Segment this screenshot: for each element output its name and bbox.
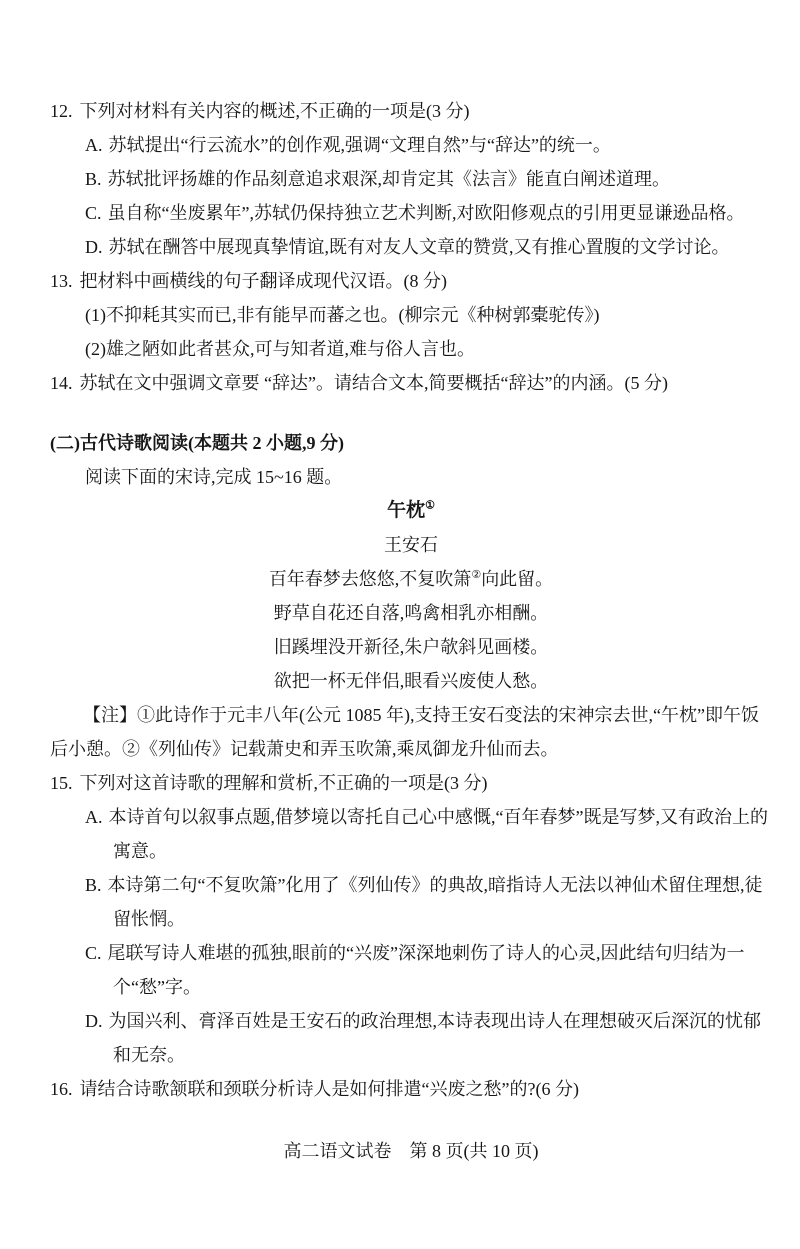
poem-author: 王安石 xyxy=(50,528,772,562)
question-12-option-a: A.苏轼提出“行云流水”的创作观,强调“文理自然”与“辞达”的统一。 xyxy=(85,128,772,162)
option-c-text: 虽自称“坐废累年”,苏轼仍保持独立艺术判断,对欧阳修观点的引用更显谦逊品格。 xyxy=(108,203,745,223)
option-b-label: B. xyxy=(85,875,102,895)
question-13-number: 13. xyxy=(50,271,73,291)
option-d-text: 苏轼在酬答中展现真挚情谊,既有对友人文章的赞赏,又有推心置腹的文学讨论。 xyxy=(109,237,730,257)
question-14-text: 苏轼在文中强调文章要 “辞达”。请结合文本,简要概括“辞达”的内涵。(5 分) xyxy=(80,373,668,393)
question-15-option-b: B.本诗第二句“不复吹箫”化用了《列仙传》的典故,暗指诗人无法以神仙术留住理想,… xyxy=(85,868,772,936)
question-13-stem: 13.把材料中画横线的句子翻译成现代汉语。(8 分) xyxy=(50,264,772,298)
footnote-marker-1: ① xyxy=(425,500,435,512)
option-b-text: 本诗第二句“不复吹箫”化用了《列仙传》的典故,暗指诗人无法以神仙术留住理想,徒留… xyxy=(108,875,763,929)
poem-footnotes: 【注】①此诗作于元丰八年(公元 1085 年),支持王安石变法的宋神宗去世,“午… xyxy=(50,698,772,766)
question-16-text: 请结合诗歌颔联和颈联分析诗人是如何排遣“兴废之愁”的?(6 分) xyxy=(80,1079,579,1099)
question-12-option-d: D.苏轼在酬答中展现真挚情谊,既有对友人文章的赞赏,又有推心置腹的文学讨论。 xyxy=(85,230,772,264)
question-13-text: 把材料中画横线的句子翻译成现代汉语。(8 分) xyxy=(80,271,448,291)
option-d-label: D. xyxy=(85,1011,103,1031)
section-2-heading: (二)古代诗歌阅读(本题共 2 小题,9 分) xyxy=(50,426,772,460)
question-12-number: 12. xyxy=(50,101,73,121)
question-16-stem: 16.请结合诗歌颔联和颈联分析诗人是如何排遣“兴废之愁”的?(6 分) xyxy=(50,1072,772,1106)
footnote-marker-2: ② xyxy=(471,569,481,581)
option-b-label: B. xyxy=(85,169,102,189)
poem-line-1: 百年春梦去悠悠,不复吹箫②向此留。 xyxy=(50,562,772,596)
poem-title-text: 午枕 xyxy=(387,500,425,521)
question-12-stem: 12.下列对材料有关内容的概述,不正确的一项是(3 分) xyxy=(50,94,772,128)
question-12-text: 下列对材料有关内容的概述,不正确的一项是(3 分) xyxy=(80,101,470,121)
poem-line-4: 欲把一杯无伴侣,眼看兴废使人愁。 xyxy=(50,664,772,698)
question-16-number: 16. xyxy=(50,1079,73,1099)
question-15-number: 15. xyxy=(50,773,73,793)
question-12-option-b: B.苏轼批评扬雄的作品刻意追求艰深,却肯定其《法言》能直白阐述道理。 xyxy=(85,162,772,196)
question-14-number: 14. xyxy=(50,373,73,393)
option-a-label: A. xyxy=(85,135,103,155)
question-15-option-d: D.为国兴利、膏泽百姓是王安石的政治理想,本诗表现出诗人在理想破灭后深沉的忧郁和… xyxy=(85,1004,772,1072)
question-15-option-c: C.尾联写诗人难堪的孤独,眼前的“兴废”深深地刺伤了诗人的心灵,因此结句归结为一… xyxy=(85,936,772,1004)
option-a-text: 本诗首句以叙事点题,借梦境以寄托自己心中感慨,“百年春梦”既是写梦,又有政治上的… xyxy=(109,807,768,861)
question-15-text: 下列对这首诗歌的理解和赏析,不正确的一项是(3 分) xyxy=(80,773,488,793)
option-c-text: 尾联写诗人难堪的孤独,眼前的“兴废”深深地刺伤了诗人的心灵,因此结句归结为一个“… xyxy=(108,943,745,997)
poem-line-2: 野草自花还自落,鸣禽相乳亦相酬。 xyxy=(50,596,772,630)
question-12-option-c: C.虽自称“坐废累年”,苏轼仍保持独立艺术判断,对欧阳修观点的引用更显谦逊品格。 xyxy=(85,196,772,230)
option-d-label: D. xyxy=(85,237,103,257)
poem-title: 午枕① xyxy=(50,494,772,528)
footer-exam-name: 高二语文试卷 xyxy=(284,1141,392,1161)
footer-page-info: 第 8 页(共 10 页) xyxy=(410,1141,539,1161)
option-c-label: C. xyxy=(85,203,102,223)
option-b-text: 苏轼批评扬雄的作品刻意追求艰深,却肯定其《法言》能直白阐述道理。 xyxy=(108,169,671,189)
poem-line-1-pre: 百年春梦去悠悠,不复吹箫 xyxy=(269,569,472,589)
question-15-stem: 15.下列对这首诗歌的理解和赏析,不正确的一项是(3 分) xyxy=(50,766,772,800)
exam-page: 12.下列对材料有关内容的概述,不正确的一项是(3 分) A.苏轼提出“行云流水… xyxy=(0,0,800,1249)
question-14-stem: 14.苏轼在文中强调文章要 “辞达”。请结合文本,简要概括“辞达”的内涵。(5 … xyxy=(50,366,772,400)
question-13-subitem-2: (2)雄之陋如此者甚众,可与知者道,难与俗人言也。 xyxy=(85,332,772,366)
poem-line-3: 旧蹊埋没开新径,朱户欹斜见画楼。 xyxy=(50,630,772,664)
poem-line-1-post: 向此留。 xyxy=(481,569,553,589)
option-a-label: A. xyxy=(85,807,103,827)
reading-instruction: 阅读下面的宋诗,完成 15~16 题。 xyxy=(85,460,772,494)
question-13-subitem-1: (1)不抑耗其实而已,非有能早而蕃之也。(柳宗元《种树郭橐驼传》) xyxy=(85,298,772,332)
option-a-text: 苏轼提出“行云流水”的创作观,强调“文理自然”与“辞达”的统一。 xyxy=(109,135,611,155)
page-footer: 高二语文试卷第 8 页(共 10 页) xyxy=(50,1134,772,1168)
option-d-text: 为国兴利、膏泽百姓是王安石的政治理想,本诗表现出诗人在理想破灭后深沉的忧郁和无奈… xyxy=(109,1011,762,1065)
option-c-label: C. xyxy=(85,943,102,963)
question-15-option-a: A.本诗首句以叙事点题,借梦境以寄托自己心中感慨,“百年春梦”既是写梦,又有政治… xyxy=(85,800,772,868)
